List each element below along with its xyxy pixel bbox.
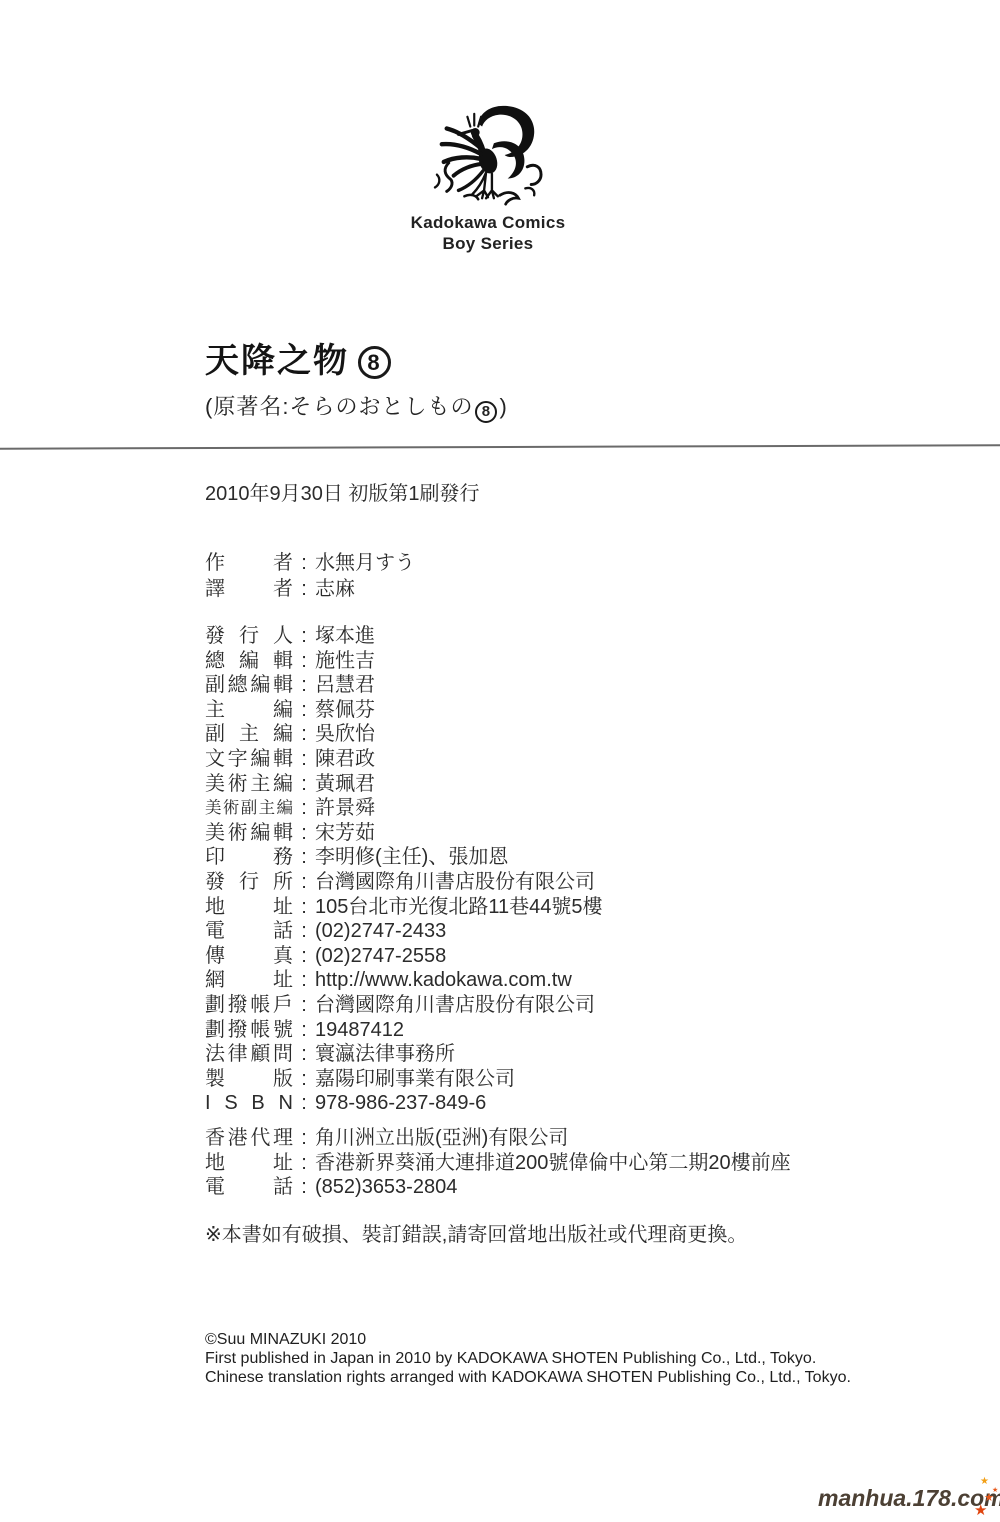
credit-colon: : — [293, 1042, 315, 1067]
credit-value: 塚本進 — [315, 625, 375, 647]
credit-colon: : — [293, 1067, 315, 1092]
credit-row: 發行所:台灣國際角川書店股份有限公司 — [205, 870, 603, 895]
credit-value: 香港新界葵涌大連排道200號偉倫中心第二期20樓前座 — [315, 1152, 791, 1174]
credit-row: 劃撥帳戶:台灣國際角川書店股份有限公司 — [205, 993, 603, 1018]
credit-value: 台灣國際角川書店股份有限公司 — [315, 871, 595, 893]
credit-label: 發行人 — [205, 624, 293, 649]
credit-row: 文字編輯:陳君政 — [205, 747, 603, 772]
credit-colon: : — [293, 919, 315, 944]
credit-value: http://www.kadokawa.com.tw — [315, 969, 572, 991]
credit-value: 黃珮君 — [315, 773, 375, 795]
credit-label: 作者 — [205, 551, 293, 577]
credit-label: 製版 — [205, 1067, 293, 1092]
credit-colon: : — [293, 1175, 315, 1200]
publisher-logo-block: Kadokawa Comics Boy Series — [0, 102, 976, 254]
author-credits-block: 作者:水無月すう譯者:志麻 — [205, 551, 415, 602]
credit-label: 副主編 — [205, 722, 293, 747]
original-title-suffix: ) — [499, 394, 507, 419]
credit-label: 電話 — [205, 1175, 293, 1200]
credit-row: 美術編輯:宋芳茹 — [205, 821, 603, 846]
credit-value: 19487412 — [315, 1019, 404, 1041]
credit-label: 美術編輯 — [205, 821, 293, 846]
copyright-line: First published in Japan in 2010 by KADO… — [205, 1349, 851, 1368]
sparkle-stars-icon: ★ ★ ★ ★ — [970, 1477, 1000, 1522]
credit-colon: : — [293, 845, 315, 870]
book-title: 天降之物8 — [205, 341, 508, 381]
credit-colon: : — [293, 1091, 315, 1116]
credit-row: 劃撥帳號:19487412 — [205, 1018, 603, 1043]
credit-row: 副主編:吳欣怡 — [205, 722, 603, 747]
credit-colon: : — [293, 624, 315, 649]
credit-value: (02)2747-2433 — [315, 920, 446, 942]
credit-row: 地址:香港新界葵涌大連排道200號偉倫中心第二期20樓前座 — [205, 1151, 791, 1176]
original-volume-badge: 8 — [475, 401, 497, 423]
credit-label: 地址 — [205, 895, 293, 920]
credit-colon: : — [293, 870, 315, 895]
credit-colon: : — [293, 1126, 315, 1151]
credit-row: 總編輯:施性吉 — [205, 649, 603, 674]
credit-label: 地址 — [205, 1151, 293, 1176]
credit-colon: : — [293, 944, 315, 969]
credit-value: 志麻 — [315, 578, 355, 600]
credit-row: 製版:嘉陽印刷事業有限公司 — [205, 1067, 603, 1092]
credit-label: 發行所 — [205, 870, 293, 895]
credit-label: 電話 — [205, 919, 293, 944]
credit-label: 文字編輯 — [205, 747, 293, 772]
credit-value: 蔡佩芬 — [315, 699, 375, 721]
credit-value: 角川洲立出版(亞洲)有限公司 — [315, 1127, 568, 1149]
volume-number-badge: 8 — [358, 346, 391, 379]
book-title-text: 天降之物 — [205, 342, 349, 380]
credit-label: 香港代理 — [205, 1126, 293, 1151]
credit-colon: : — [293, 698, 315, 723]
credit-colon: : — [293, 993, 315, 1018]
credit-row: 地址:105台北市光復北路11巷44號5樓 — [205, 895, 603, 920]
sparkle-star-icon: ★ — [980, 1477, 989, 1487]
copyright-block: ©Suu MINAZUKI 2010First published in Jap… — [205, 1330, 851, 1387]
credit-label: 傳真 — [205, 944, 293, 969]
credit-label: 法律顧問 — [205, 1042, 293, 1067]
credit-row: 副總編輯:呂慧君 — [205, 673, 603, 698]
title-block: 天降之物8 (原著名:そらのおとしもの8) — [205, 341, 508, 423]
credit-colon: : — [293, 551, 315, 577]
credit-label: 網址 — [205, 968, 293, 993]
scanlation-watermark: manhua.178.com ★ ★ ★ ★ — [818, 1485, 1000, 1522]
credit-row: 電話:(02)2747-2433 — [205, 919, 603, 944]
original-title: (原著名:そらのおとしもの8) — [205, 390, 508, 423]
credit-label: 劃撥帳號 — [205, 1018, 293, 1043]
copyright-line: Chinese translation rights arranged with… — [205, 1368, 851, 1387]
logo-series-name: Kadokawa Comics — [0, 212, 976, 233]
credit-value: 105台北市光復北路11巷44號5樓 — [315, 896, 603, 918]
credit-colon: : — [293, 1151, 315, 1176]
credit-value: 水無月すう — [315, 552, 415, 574]
credit-value: 吳欣怡 — [315, 723, 375, 745]
credit-label: 美術主編 — [205, 772, 293, 797]
credit-row: 香港代理:角川洲立出版(亞洲)有限公司 — [205, 1126, 791, 1151]
credit-value: 嘉陽印刷事業有限公司 — [315, 1068, 515, 1090]
credit-colon: : — [293, 577, 315, 603]
credit-value: 李明修(主任)、張加恩 — [315, 846, 508, 868]
edition-date: 2010年9月30日 初版第1刷發行 — [205, 477, 480, 506]
credit-value: 施性吉 — [315, 650, 375, 672]
credit-value: 陳君政 — [315, 748, 375, 770]
credit-label: I S B N — [205, 1091, 293, 1116]
credit-label: 印務 — [205, 845, 293, 870]
credit-value: 寰瀛法律事務所 — [315, 1043, 455, 1065]
credit-colon: : — [293, 747, 315, 772]
credit-value: 宋芳茹 — [315, 822, 375, 844]
credit-row: 法律顧問:寰瀛法律事務所 — [205, 1042, 603, 1067]
sparkle-star-icon: ★ — [974, 1503, 987, 1518]
staff-credits-block: 發行人:塚本進總編輯:施性吉副總編輯:呂慧君主編:蔡佩芬副主編:吳欣怡文字編輯:… — [205, 624, 603, 1116]
credit-row: 電話:(852)3653-2804 — [205, 1175, 791, 1200]
credit-row: I S B N:978-986-237-849-6 — [205, 1091, 603, 1116]
credit-row: 作者:水無月すう — [205, 551, 415, 577]
credit-colon: : — [293, 772, 315, 797]
credit-value: 台灣國際角川書店股份有限公司 — [315, 994, 595, 1016]
credit-value: 呂慧君 — [315, 674, 375, 696]
kadokawa-phoenix-logo-icon — [429, 102, 547, 212]
credit-label: 劃撥帳戶 — [205, 993, 293, 1018]
credit-colon: : — [293, 673, 315, 698]
credit-row: 印務:李明修(主任)、張加恩 — [205, 845, 603, 870]
credit-row: 美術副主編:許景舜 — [205, 796, 603, 821]
divider-line — [0, 444, 1000, 449]
credit-colon: : — [293, 649, 315, 674]
credit-value: 978-986-237-849-6 — [315, 1092, 486, 1114]
credit-colon: : — [293, 821, 315, 846]
damage-replacement-notice: ※本書如有破損、裝訂錯誤,請寄回當地出版社或代理商更換。 — [205, 1218, 747, 1247]
colophon-page: Kadokawa Comics Boy Series 天降之物8 (原著名:そら… — [0, 0, 1000, 1522]
credit-row: 主編:蔡佩芬 — [205, 698, 603, 723]
copyright-line: ©Suu MINAZUKI 2010 — [205, 1330, 851, 1349]
credit-colon: : — [293, 895, 315, 920]
credit-colon: : — [293, 1018, 315, 1043]
credit-colon: : — [293, 968, 315, 993]
hk-agency-credits-block: 香港代理:角川洲立出版(亞洲)有限公司地址:香港新界葵涌大連排道200號偉倫中心… — [205, 1126, 791, 1200]
credit-label: 主編 — [205, 698, 293, 723]
credit-row: 譯者:志麻 — [205, 577, 415, 603]
credit-label: 副總編輯 — [205, 673, 293, 698]
credit-label: 總編輯 — [205, 649, 293, 674]
original-title-prefix: (原著名:そらのおとしもの — [205, 394, 473, 419]
credit-value: (02)2747-2558 — [315, 945, 446, 967]
credit-value: (852)3653-2804 — [315, 1176, 457, 1198]
credit-label: 譯者 — [205, 577, 293, 603]
credit-row: 網址:http://www.kadokawa.com.tw — [205, 968, 603, 993]
credit-row: 美術主編:黃珮君 — [205, 772, 603, 797]
credit-row: 發行人:塚本進 — [205, 624, 603, 649]
credit-row: 傳真:(02)2747-2558 — [205, 944, 603, 969]
credit-value: 許景舜 — [315, 797, 375, 819]
logo-series-sub: Boy Series — [0, 233, 976, 254]
credit-colon: : — [293, 796, 315, 821]
credit-label: 美術副主編 — [205, 796, 293, 821]
credit-colon: : — [293, 722, 315, 747]
